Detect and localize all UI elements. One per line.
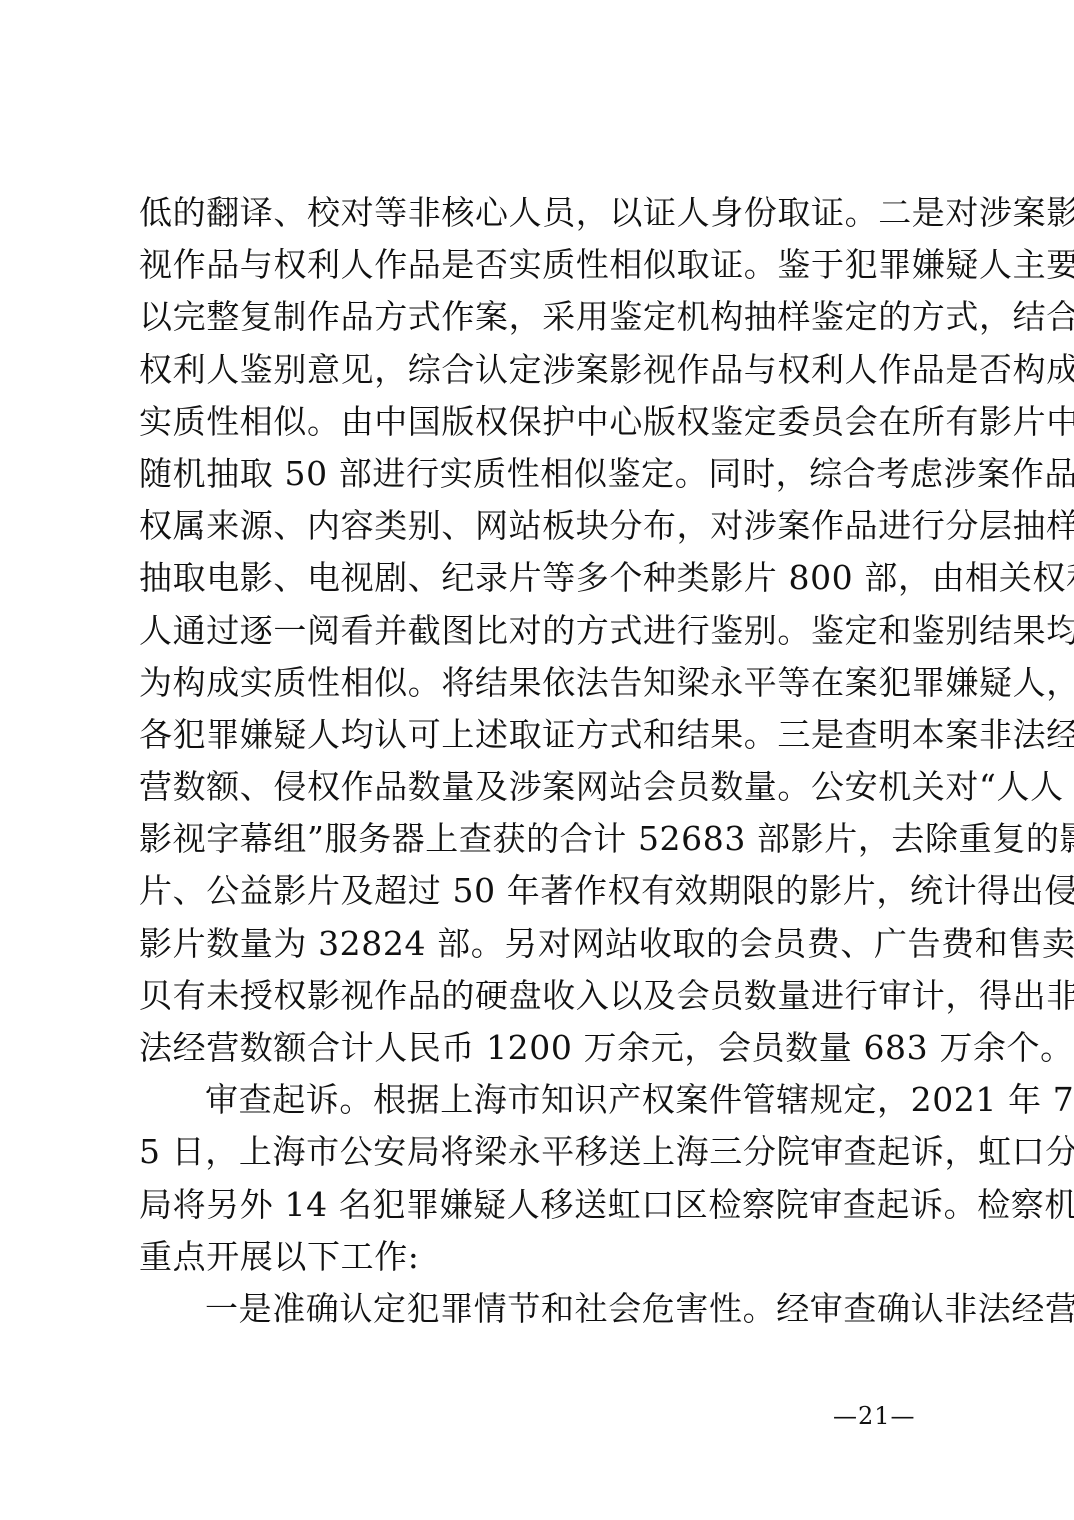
text-line: 人通过逐一阅看并截图比对的方式进行鉴别。鉴定和鉴别结果均	[139, 605, 939, 657]
text-line: 抽取电影、电视剧、纪录片等多个种类影片 800 部，由相关权利	[139, 552, 939, 604]
page-number: —21—	[833, 1402, 916, 1430]
text-line: 为构成实质性相似。将结果依法告知梁永平等在案犯罪嫌疑人，	[139, 657, 939, 709]
text-line: 片、公益影片及超过 50 年著作权有效期限的影片，统计得出侵权	[139, 865, 939, 917]
text-line: 法经营数额合计人民币 1200 万余元，会员数量 683 万余个。	[139, 1022, 939, 1074]
document-page: 低的翻译、校对等非核心人员，以证人身份取证。二是对涉案影 视作品与权利人作品是否…	[0, 0, 1074, 1520]
text-line: 贝有未授权影视作品的硬盘收入以及会员数量进行审计，得出非	[139, 970, 939, 1022]
body-text: 低的翻译、校对等非核心人员，以证人身份取证。二是对涉案影 视作品与权利人作品是否…	[139, 187, 939, 1335]
paragraph-heading-line: 审查起诉。根据上海市知识产权案件管辖规定，2021 年 7 月	[139, 1074, 939, 1126]
text-line: 实质性相似。由中国版权保护中心版权鉴定委员会在所有影片中	[139, 396, 939, 448]
text-line: 影视字幕组”服务器上查获的合计 52683 部影片，去除重复的影	[139, 813, 939, 865]
text-line: 低的翻译、校对等非核心人员，以证人身份取证。二是对涉案影	[139, 187, 939, 239]
text-line: 局将另外 14 名犯罪嫌疑人移送虹口区检察院审查起诉。检察机关	[139, 1179, 939, 1231]
text-line: 影片数量为 32824 部。另对网站收取的会员费、广告费和售卖拷	[139, 918, 939, 970]
text-line: 一是准确认定犯罪情节和社会危害性。经审查确认非法经营	[139, 1283, 939, 1335]
text-line: 重点开展以下工作:	[139, 1231, 939, 1283]
text-line: 5 日，上海市公安局将梁永平移送上海三分院审查起诉，虹口分	[139, 1126, 939, 1178]
text-line: 权利人鉴别意见，综合认定涉案影视作品与权利人作品是否构成	[139, 344, 939, 396]
text-line: 以完整复制作品方式作案，采用鉴定机构抽样鉴定的方式，结合	[139, 291, 939, 343]
text-line: 视作品与权利人作品是否实质性相似取证。鉴于犯罪嫌疑人主要	[139, 239, 939, 291]
text-line: 随机抽取 50 部进行实质性相似鉴定。同时，综合考虑涉案作品的	[139, 448, 939, 500]
text-line: 营数额、侵权作品数量及涉案网站会员数量。公安机关对“人人	[139, 761, 939, 813]
text-line: 各犯罪嫌疑人均认可上述取证方式和结果。三是查明本案非法经	[139, 709, 939, 761]
text-line: 权属来源、内容类别、网站板块分布，对涉案作品进行分层抽样，	[139, 500, 939, 552]
